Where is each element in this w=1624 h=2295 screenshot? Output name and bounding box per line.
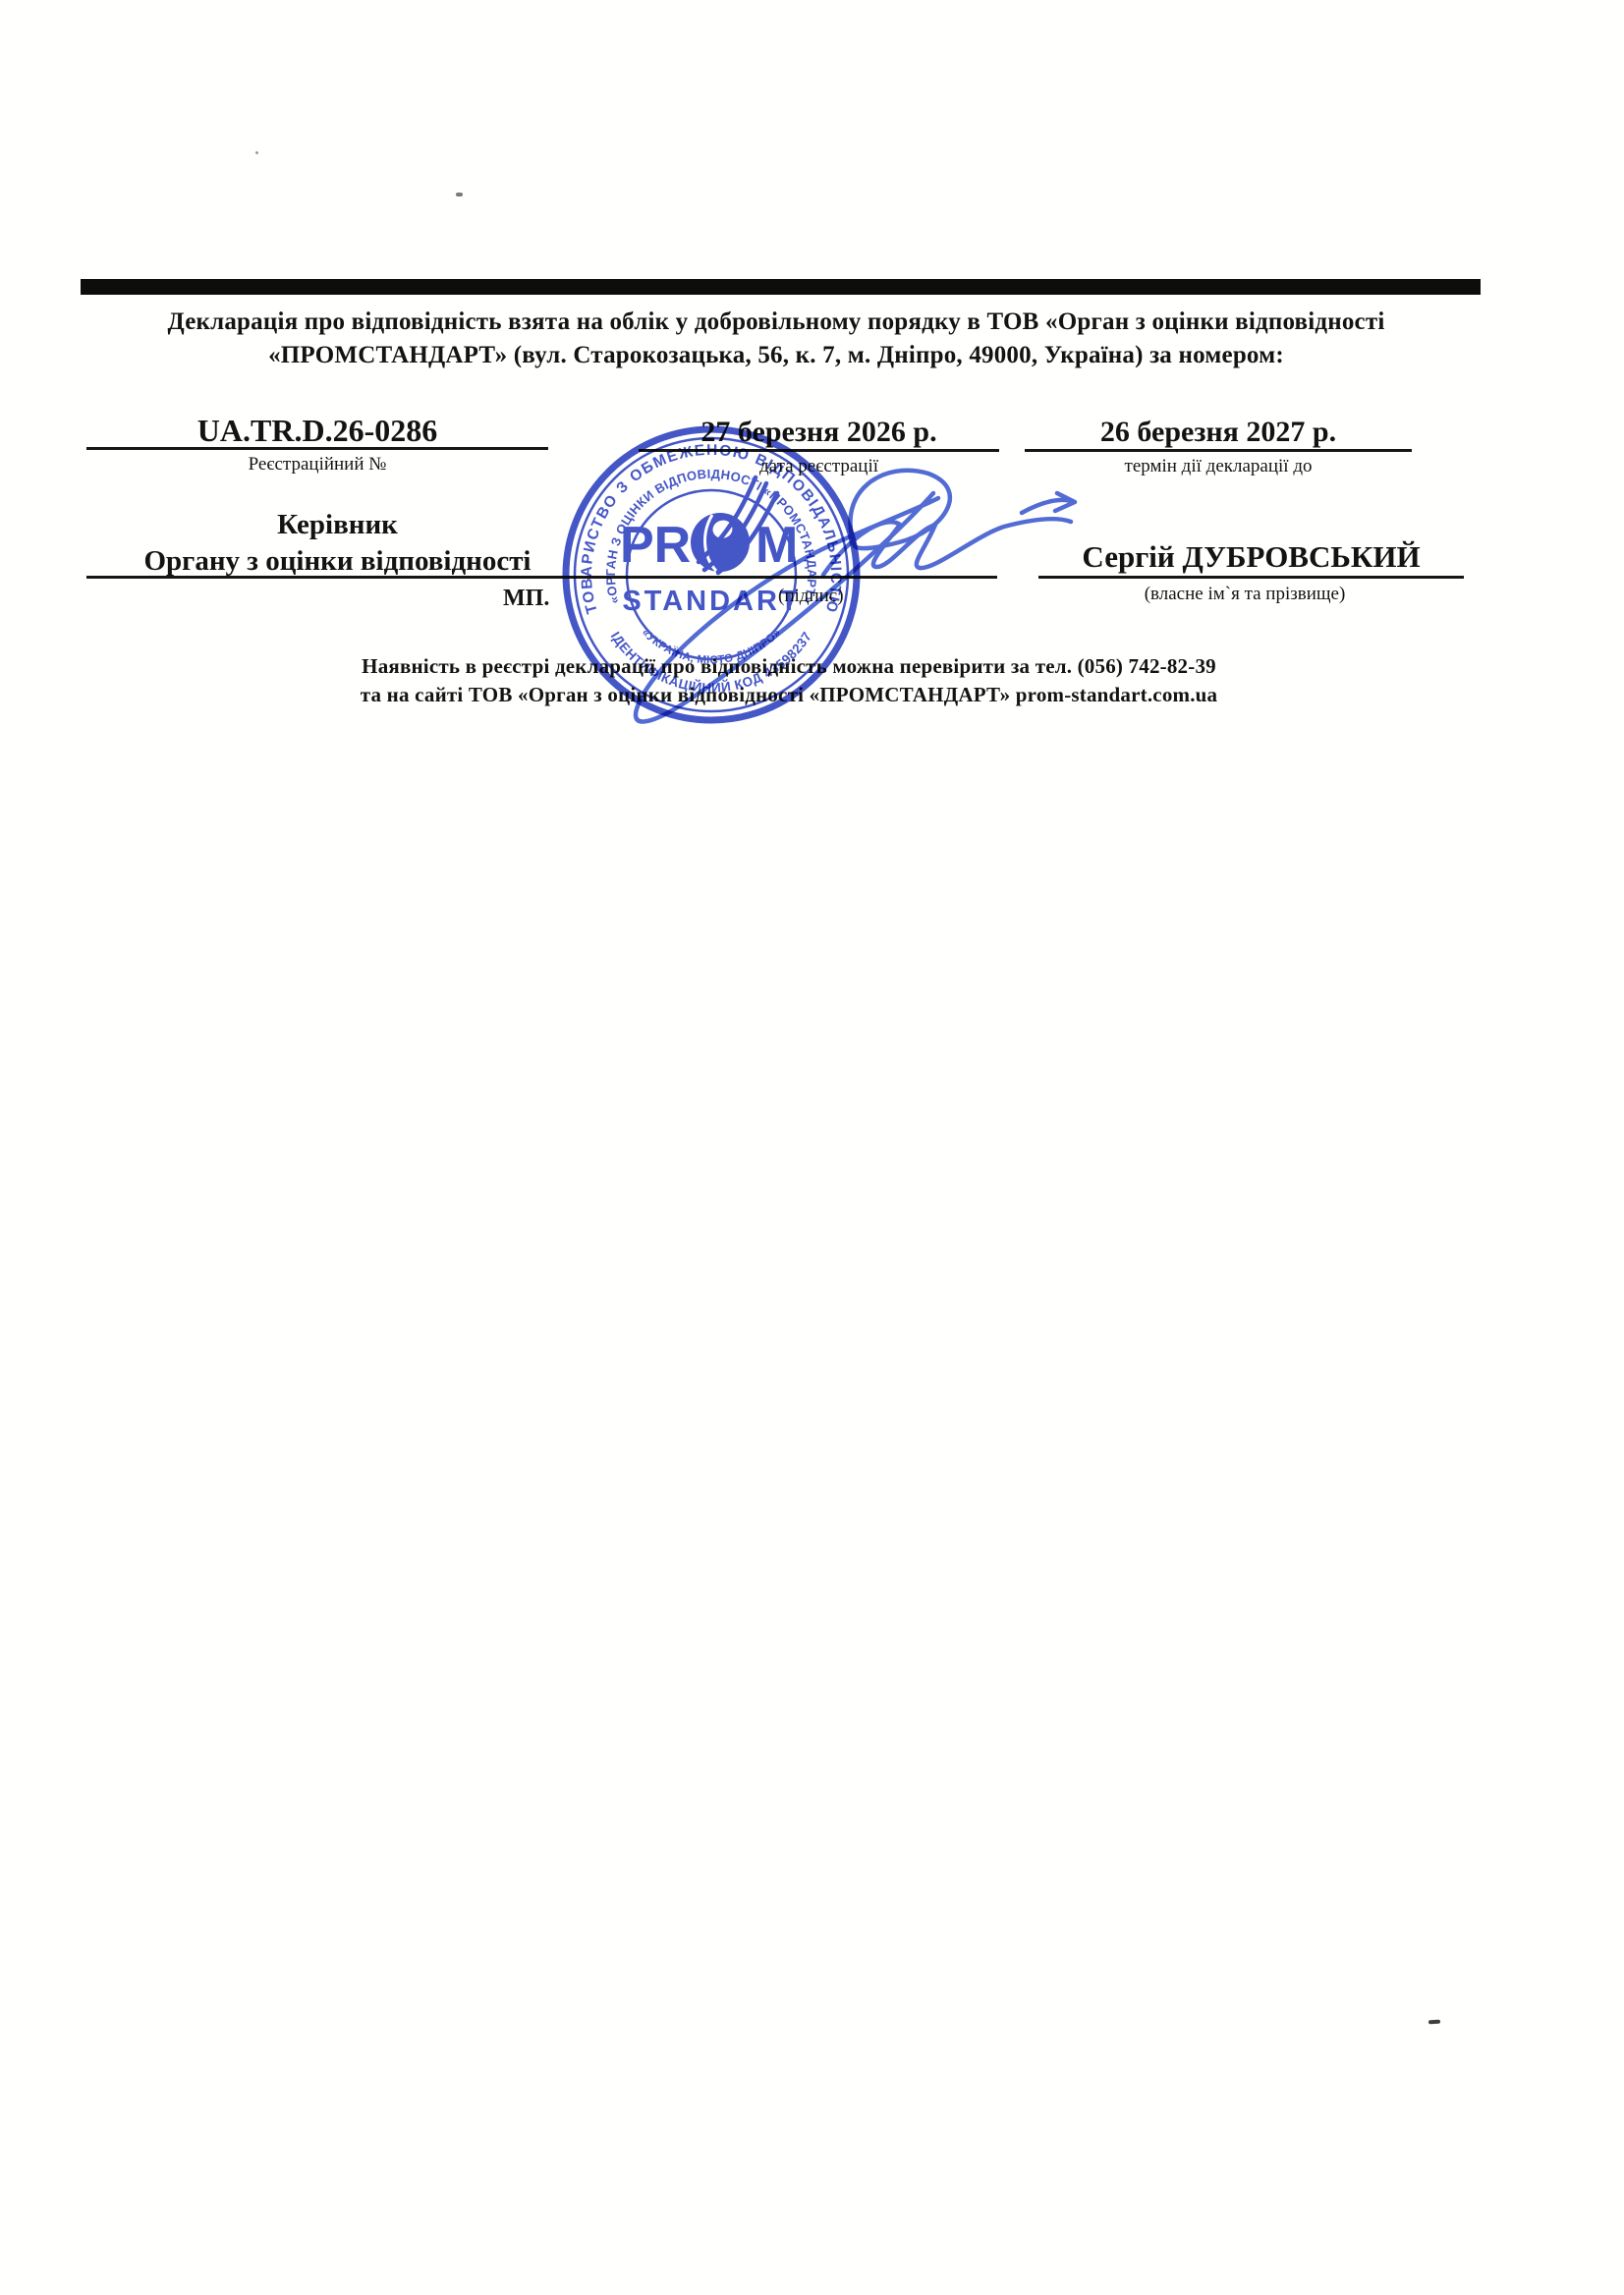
signatory-role: Керівник Органу з оцінки відповідності — [88, 507, 587, 580]
signature-tail-stroke — [1022, 493, 1075, 513]
signature-loop-stroke — [850, 471, 949, 548]
scan-speck — [1428, 2020, 1440, 2025]
signatory-role-line1: Керівник — [88, 507, 587, 543]
registration-notice: Декларація про відповідність взята на об… — [88, 306, 1464, 372]
registration-number-label: Реєстраційний № — [86, 454, 548, 476]
seal-place-mark: МП. — [503, 586, 549, 612]
signatory-role-line2: Органу з оцінки відповідності — [88, 543, 587, 580]
signature-flourish-stroke — [636, 493, 938, 722]
scan-speck — [456, 193, 463, 196]
field-registration-number: UA.TR.D.26-0286 Реєстраційний № — [86, 414, 548, 476]
top-divider-bar — [81, 279, 1481, 295]
scan-speck — [255, 151, 258, 154]
registration-notice-line2: «ПРОМСТАНДАРТ» (вул. Старокозацька, 56, … — [88, 339, 1464, 372]
registration-notice-line1: Декларація про відповідність взята на об… — [88, 306, 1464, 339]
handwritten-signature — [589, 413, 1140, 737]
registration-number-value: UA.TR.D.26-0286 — [86, 414, 548, 447]
scanned-declaration-page: Декларація про відповідність взята на об… — [0, 0, 1624, 2295]
